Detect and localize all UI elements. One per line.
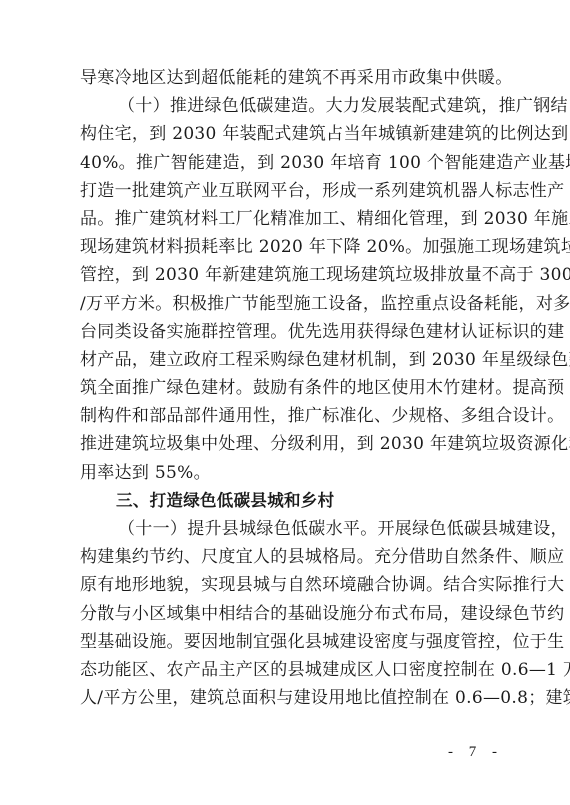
paragraph-line: 筑全面推广绿色建材。鼓励有条件的地区使用木竹建材。提高预 [80,374,490,402]
paragraph-line: 制构件和部品部件通用性，推广标准化、少规格、多组合设计。 [80,402,490,430]
paragraph-line: （十一）提升县城绿色低碳水平。开展绿色低碳县城建设， [80,515,490,543]
paragraph-line: 40%。推广智能建造，到 2030 年培育 100 个智能建造产业基地， [80,149,490,177]
paragraph-line: 用率达到 55%。 [80,459,490,487]
paragraph-line: 构住宅，到 2030 年装配式建筑占当年城镇新建建筑的比例达到 [80,120,490,148]
paragraph-line: 分散与小区域集中相结合的基础设施分布式布局，建设绿色节约 [80,600,490,628]
paragraph-line: 打造一批建筑产业互联网平台，形成一系列建筑机器人标志性产 [80,177,490,205]
paragraph-line: 构建集约节约、尺度宜人的县城格局。充分借助自然条件、顺应 [80,543,490,571]
paragraph-line: 材产品，建立政府工程采购绿色建材机制，到 2030 年星级绿色建 [80,346,490,374]
paragraph-line: 现场建筑材料损耗率比 2020 年下降 20%。加强施工现场建筑垃圾 [80,233,490,261]
paragraph-line: 推进建筑垃圾集中处理、分级利用，到 2030 年建筑垃圾资源化利 [80,430,490,458]
paragraph-line: 型基础设施。要因地制宜强化县城建设密度与强度管控，位于生 [80,628,490,656]
paragraph-line: 管控，到 2030 年新建建筑施工现场建筑垃圾排放量不高于 300 吨 [80,261,490,289]
paragraph-line: 台同类设备实施群控管理。优先选用获得绿色建材认证标识的建 [80,318,490,346]
section-heading: 三、打造绿色低碳县城和乡村 [80,487,490,515]
paragraph-line: （十）推进绿色低碳建造。大力发展装配式建筑，推广钢结 [80,92,490,120]
paragraph-line: 原有地形地貌，实现县城与自然环境融合协调。结合实际推行大 [80,571,490,599]
document-body: 导寒冷地区达到超低能耗的建筑不再采用市政集中供暖。 （十）推进绿色低碳建造。大力… [80,64,490,712]
document-page: 导寒冷地区达到超低能耗的建筑不再采用市政集中供暖。 （十）推进绿色低碳建造。大力… [0,0,570,805]
paragraph-line: /万平方米。积极推广节能型施工设备，监控重点设备耗能，对多 [80,290,490,318]
paragraph-line: 态功能区、农产品主产区的县城建成区人口密度控制在 0.6—1 万 [80,656,490,684]
paragraph-line: 品。推广建筑材料工厂化精准加工、精细化管理，到 2030 年施工 [80,205,490,233]
page-number: - 7 - [448,744,503,761]
paragraph-line: 人/平方公里，建筑总面积与建设用地比值控制在 0.6—0.8；建筑 [80,684,490,712]
paragraph-line: 导寒冷地区达到超低能耗的建筑不再采用市政集中供暖。 [80,64,490,92]
